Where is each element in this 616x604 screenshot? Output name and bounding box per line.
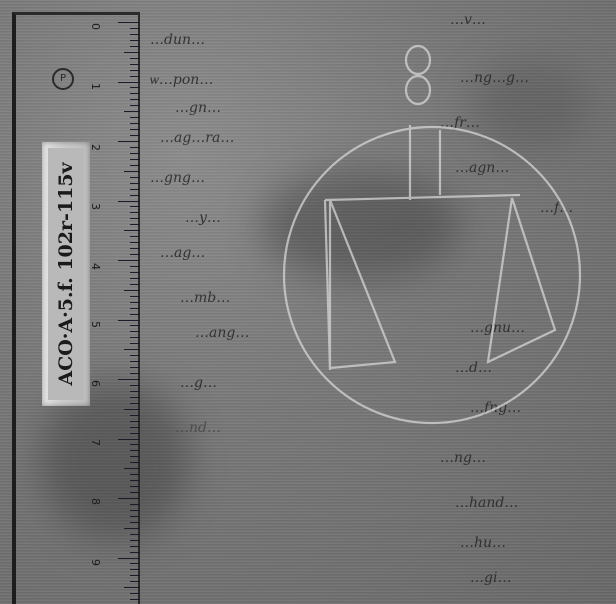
ruler-tick	[130, 361, 140, 362]
ruler-tick	[130, 331, 140, 332]
ruler-tick	[130, 450, 140, 451]
ruler-tick	[130, 444, 140, 445]
ruler-tick	[130, 105, 140, 106]
ruler-tick	[130, 593, 140, 594]
ruler-number: 3	[89, 203, 102, 210]
ruler-number: 1	[89, 83, 102, 90]
ruler-tick	[130, 266, 140, 267]
shelfmark-text: ACO·A·5.f. 102r-115v	[55, 162, 77, 385]
ruler-tick	[130, 308, 140, 309]
ruler-tick	[124, 528, 140, 529]
ruler-tick	[118, 260, 140, 261]
ruler-number: 0	[89, 23, 102, 30]
ruler-tick	[130, 159, 140, 160]
ruler-number: 5	[89, 321, 102, 328]
ruler-tick	[130, 415, 140, 416]
shelfmark-label: ACO·A·5.f. 102r-115v	[42, 142, 90, 406]
ruler-number: 9	[89, 559, 102, 566]
ruler-tick	[130, 433, 140, 434]
ruler-number: 2	[89, 144, 102, 151]
ruler-tick	[130, 563, 140, 564]
ruler-tick	[130, 534, 140, 535]
ruler-tick	[130, 248, 140, 249]
ruler-tick	[130, 462, 140, 463]
ruler-tick	[130, 70, 140, 71]
ruler-tick	[130, 486, 140, 487]
ruler-tick	[124, 111, 140, 112]
ruler-number: 7	[89, 439, 102, 446]
ruler-tick	[130, 242, 140, 243]
ruler-tick	[130, 522, 140, 523]
ruler-tick	[130, 427, 140, 428]
ruler-tick	[130, 575, 140, 576]
ruler-tick	[130, 135, 140, 136]
ruler-tick	[130, 397, 140, 398]
ruler-tick	[130, 504, 140, 505]
ruler-tick	[130, 296, 140, 297]
drawing-circle	[284, 127, 580, 423]
ruler-tick	[118, 439, 140, 440]
ruler-tick	[130, 28, 140, 29]
ruler-tick	[130, 76, 140, 77]
ruler-tick	[130, 93, 140, 94]
ruler-tick	[130, 343, 140, 344]
ruler-tick	[130, 552, 140, 553]
ruler-tick	[124, 349, 140, 350]
ruler-tick	[130, 212, 140, 213]
ruler-tick	[130, 58, 140, 59]
ruler-tick	[124, 409, 140, 410]
ruler-tick	[130, 272, 140, 273]
ruler-tick	[130, 373, 140, 374]
ruler-tick	[130, 391, 140, 392]
ruler-tick	[130, 123, 140, 124]
ruler-tick	[130, 278, 140, 279]
ruler-tick	[130, 189, 140, 190]
ruler-tick	[130, 492, 140, 493]
ruler-tick	[130, 224, 140, 225]
ruler-tick	[130, 153, 140, 154]
ruler-tick	[118, 379, 140, 380]
ruler-tick	[118, 498, 140, 499]
ruler-tick	[130, 355, 140, 356]
ruler-tick	[130, 569, 140, 570]
ruler-tick	[130, 516, 140, 517]
ruler-tick	[124, 290, 140, 291]
ruler-tick	[130, 34, 140, 35]
ruler-tick	[118, 22, 140, 23]
ruler-tick	[130, 87, 140, 88]
ruler-tick	[130, 456, 140, 457]
ruler-tick	[130, 99, 140, 100]
ruler-tick	[130, 218, 140, 219]
ruler-tick	[130, 183, 140, 184]
ruler-tick	[130, 129, 140, 130]
ruler-tick	[130, 421, 140, 422]
ruler-tick	[124, 468, 140, 469]
ruler-tick	[130, 302, 140, 303]
ruler-number: 6	[89, 380, 102, 387]
ruler-tick	[118, 201, 140, 202]
ruler-tick	[118, 141, 140, 142]
ruler-tick	[130, 147, 140, 148]
ruler-tick	[118, 320, 140, 321]
ruler-tick	[118, 82, 140, 83]
ruler-tick	[130, 385, 140, 386]
ruler-number: 8	[89, 498, 102, 505]
ruler-tick	[130, 314, 140, 315]
ruler-tick	[130, 599, 140, 600]
ruler-tick	[130, 325, 140, 326]
ruler-number: 4	[89, 263, 102, 270]
ruler-tick	[130, 480, 140, 481]
ruler-tick	[130, 546, 140, 547]
ruler-tick	[130, 165, 140, 166]
shelfmark-label-inner: ACO·A·5.f. 102r-115v	[48, 148, 84, 400]
ruler-tick	[130, 46, 140, 47]
ruler-tick	[130, 581, 140, 582]
ruler-tick	[130, 284, 140, 285]
ruler-tick	[130, 540, 140, 541]
ruler-tick	[124, 230, 140, 231]
ruler-tick	[130, 403, 140, 404]
ruler-tick	[130, 367, 140, 368]
ruler-logo-icon: P	[52, 68, 74, 90]
ruler-tick	[124, 171, 140, 172]
ruler-tick	[130, 236, 140, 237]
ruler-tick	[130, 510, 140, 511]
ruler-tick	[130, 177, 140, 178]
ruler-tick	[130, 254, 140, 255]
ruler-tick	[124, 52, 140, 53]
ruler-tick	[124, 587, 140, 588]
ruler-tick	[130, 337, 140, 338]
ruler-ticks	[118, 22, 140, 604]
ruler-tick	[130, 40, 140, 41]
ruler-tick	[130, 195, 140, 196]
ruler-tick	[130, 206, 140, 207]
ruler-tick	[130, 117, 140, 118]
ruler-tick	[130, 64, 140, 65]
ruler-tick	[118, 558, 140, 559]
ruler-tick	[130, 474, 140, 475]
